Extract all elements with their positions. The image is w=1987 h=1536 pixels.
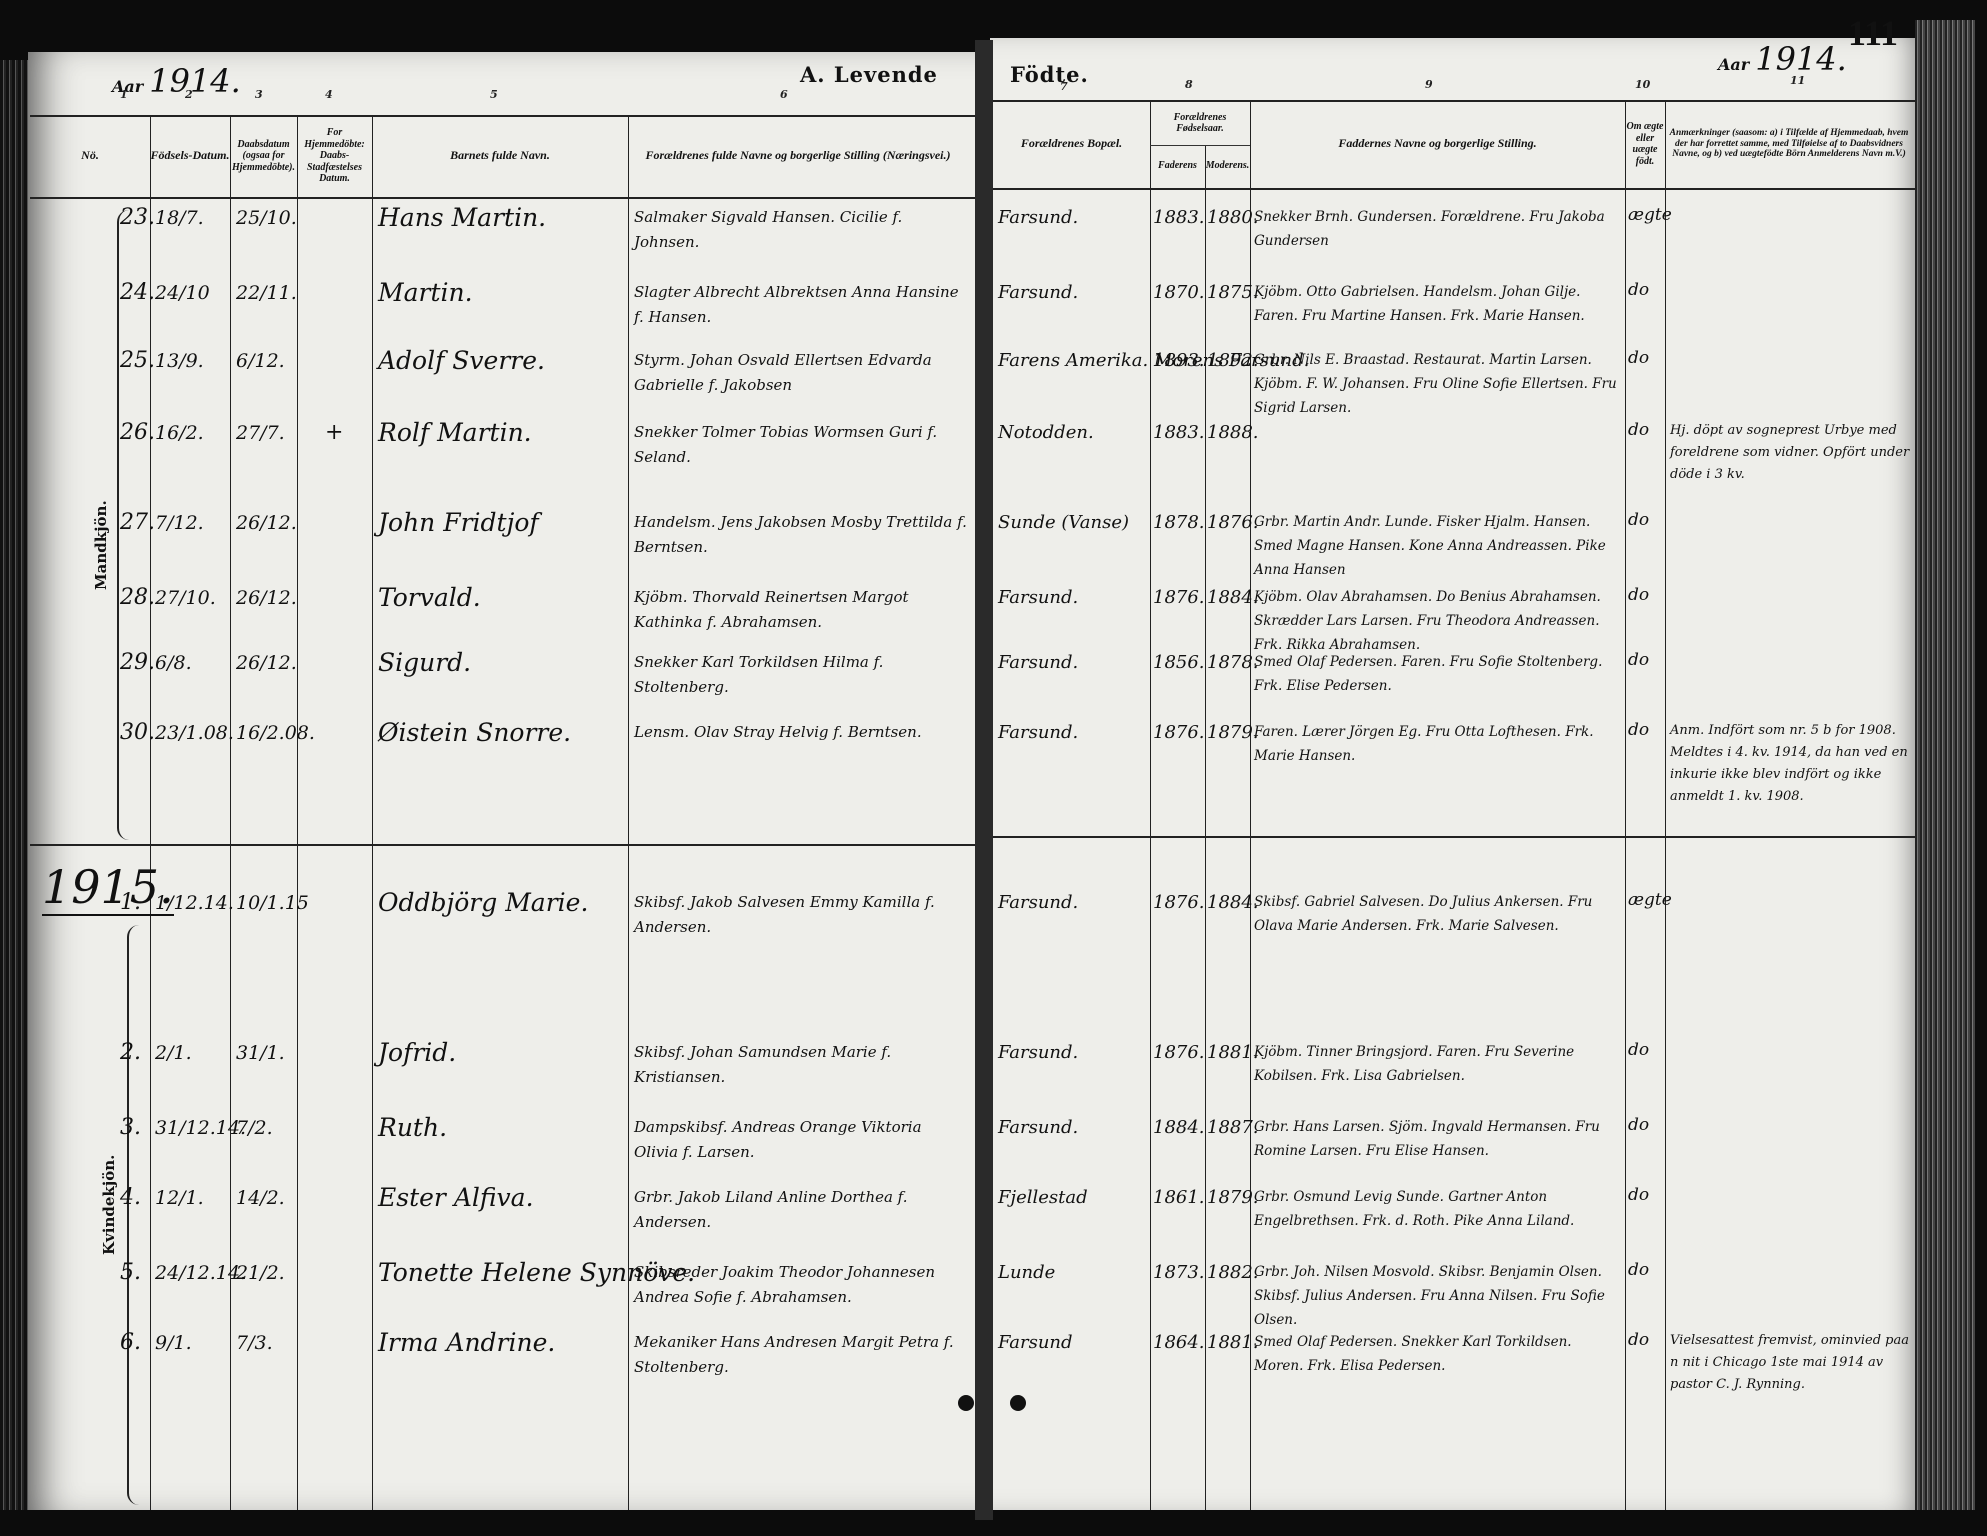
legitimacy: do	[1628, 1185, 1649, 1205]
father-birth-year: 1884.	[1153, 1117, 1205, 1138]
parents-residence: Farsund.	[998, 282, 1148, 303]
parents-residence: Sunde (Vanse)	[998, 512, 1148, 533]
parents-names: Snekker Tolmer Tobias Wormsen Guri f. Se…	[634, 420, 969, 470]
godparents: Grbr. Nils E. Braastad. Restaurat. Marti…	[1254, 348, 1622, 420]
birth-date: 24/12.14.	[155, 1262, 246, 1284]
baptism-date: 25/10.	[236, 207, 297, 229]
legitimacy: do	[1628, 1040, 1649, 1060]
book-page-edges	[1915, 20, 1975, 1510]
birth-date: 7/12.	[155, 512, 204, 534]
father-birth-year: 1883.	[1153, 207, 1205, 228]
col-header-mother: Moderens.	[1205, 146, 1250, 186]
mother-birth-year: 1887.	[1207, 1117, 1259, 1138]
child-name: Adolf Sverre.	[378, 346, 545, 375]
parents-residence: Farsund.	[998, 1117, 1148, 1138]
legitimacy: do	[1628, 650, 1649, 670]
baptism-date: 16/2.08.	[236, 722, 315, 744]
parents-residence: Farsund.	[998, 1042, 1148, 1063]
right-year-header: Aar1914.	[1718, 40, 1847, 78]
parents-names: Grbr. Jakob Liland Anline Dorthea f. And…	[634, 1185, 969, 1235]
legitimacy: ægte	[1628, 890, 1672, 910]
parents-names: Skibsreder Joakim Theodor Johannesen And…	[634, 1260, 969, 1310]
baptism-date: 14/2.	[236, 1187, 285, 1209]
mother-birth-year: 1876.	[1207, 512, 1259, 533]
baptism-date: 27/7.	[236, 422, 285, 444]
baptism-date: 26/12.	[236, 512, 297, 534]
mother-birth-year: 1882.	[1207, 1262, 1259, 1283]
birth-date: 31/12.14.	[155, 1117, 246, 1139]
father-birth-year: 1878.	[1153, 512, 1205, 533]
col-header-father: Faderens	[1150, 146, 1205, 186]
col-header-legitimate: Om ægte eller uægte födt.	[1625, 102, 1665, 186]
mother-birth-year: 1878.	[1207, 652, 1259, 673]
father-birth-year: 1876.	[1153, 587, 1205, 608]
column-number: 10	[1635, 78, 1650, 91]
col-header-home-baptized: For Hjemmedöbte: Daabs-Stadfæstelses Dat…	[297, 118, 372, 194]
child-name: John Fridtjof	[378, 508, 539, 537]
birth-date: 18/7.	[155, 207, 204, 229]
birth-date: 27/10.	[155, 587, 216, 609]
legitimacy: ægte	[1628, 205, 1672, 225]
father-birth-year: 1856.	[1153, 652, 1205, 673]
father-birth-year: 1883.	[1153, 422, 1205, 443]
father-birth-year: 1876.	[1153, 722, 1205, 743]
column-number: 5	[490, 88, 498, 101]
parents-names: Skibsf. Jakob Salvesen Emmy Kamilla f. A…	[634, 890, 969, 940]
entry-number: 30.	[120, 720, 155, 745]
child-name: Jofrid.	[378, 1038, 456, 1067]
parents-names: Mekaniker Hans Andresen Margit Petra f. …	[634, 1330, 969, 1380]
father-birth-year: 1864.	[1153, 1332, 1205, 1353]
col-header-remarks: Anmærkninger (saasom: a) i Tilfælde af H…	[1665, 102, 1913, 186]
col-header-parents: Forældrenes fulde Navne og borgerlige St…	[628, 118, 968, 194]
child-name: Sigurd.	[378, 648, 471, 677]
godparents: Grbr. Hans Larsen. Sjöm. Ingvald Hermans…	[1254, 1115, 1622, 1163]
child-name: Hans Martin.	[378, 203, 546, 232]
mother-birth-year: 1881.	[1207, 1332, 1259, 1353]
parents-residence: Farsund	[998, 1332, 1148, 1353]
godparents: Kjöbm. Tinner Bringsjord. Faren. Fru Sev…	[1254, 1040, 1622, 1088]
parents-names: Lensm. Olav Stray Helvig f. Berntsen.	[634, 720, 969, 745]
legitimacy: do	[1628, 280, 1649, 300]
parents-residence: Farsund.	[998, 207, 1148, 228]
child-name: Rolf Martin.	[378, 418, 532, 447]
section-male: Mandkjön.	[92, 500, 110, 590]
child-name: Ester Alfiva.	[378, 1183, 534, 1212]
remarks: Hj. döpt av sogneprest Urbye med foreldr…	[1670, 420, 1910, 486]
page-number: 111	[1848, 12, 1898, 54]
title-left: A. Levende	[800, 62, 938, 87]
godparents: Grbr. Joh. Nilsen Mosvold. Skibsr. Benja…	[1254, 1260, 1622, 1332]
entry-number: 27.	[120, 510, 155, 535]
entry-number: 4.	[120, 1185, 141, 1210]
godparents: Smed Olaf Pedersen. Faren. Fru Sofie Sto…	[1254, 650, 1622, 698]
entry-number: 24.	[120, 280, 155, 305]
baptism-date: 7/3.	[236, 1332, 273, 1354]
column-number: 1	[120, 88, 128, 101]
child-name: Øistein Snorre.	[378, 718, 571, 747]
column-number: 2	[185, 88, 193, 101]
entry-number: 3.	[120, 1115, 141, 1140]
birth-date: 16/2.	[155, 422, 204, 444]
father-birth-year: 1893.	[1153, 350, 1205, 371]
parents-names: Skibsf. Johan Samundsen Marie f. Kristia…	[634, 1040, 969, 1090]
parents-names: Kjöbm. Thorvald Reinertsen Margot Kathin…	[634, 585, 969, 635]
birth-date: 2/1.	[155, 1042, 192, 1064]
home-baptized-mark: +	[325, 420, 343, 445]
father-birth-year: 1876.	[1153, 1042, 1205, 1063]
column-number: 7	[1060, 80, 1068, 93]
entry-number: 25.	[120, 348, 155, 373]
entry-number: 23.	[120, 205, 155, 230]
parents-residence: Lunde	[998, 1262, 1148, 1283]
birth-date: 13/9.	[155, 350, 204, 372]
birth-date: 1/12.14.	[155, 892, 234, 914]
entry-number: 28.	[120, 585, 155, 610]
section-female: Kvindekjön.	[100, 1155, 118, 1255]
godparents: Grbr. Martin Andr. Lunde. Fisker Hjalm. …	[1254, 510, 1622, 582]
child-name: Torvald.	[378, 583, 481, 612]
legitimacy: do	[1628, 585, 1649, 605]
legitimacy: do	[1628, 348, 1649, 368]
godparents: Faren. Lærer Jörgen Eg. Fru Otta Lofthes…	[1254, 720, 1622, 768]
legitimacy: do	[1628, 1260, 1649, 1280]
child-name: Irma Andrine.	[378, 1328, 555, 1357]
legitimacy: do	[1628, 1330, 1649, 1350]
remarks: Vielsesattest fremvist, ominvied paa n n…	[1670, 1330, 1910, 1396]
col-header-birth-date: Födsels-Datum.	[150, 118, 230, 194]
col-header-no: Nö.	[30, 118, 150, 194]
parents-names: Salmaker Sigvald Hansen. Cicilie f. John…	[634, 205, 969, 255]
father-birth-year: 1861.	[1153, 1187, 1205, 1208]
parents-names: Snekker Karl Torkildsen Hilma f. Stolten…	[634, 650, 969, 700]
column-number: 8	[1185, 78, 1193, 91]
entry-number: 6.	[120, 1330, 141, 1355]
column-number: 3	[255, 88, 263, 101]
baptism-date: 6/12.	[236, 350, 285, 372]
godparents: Kjöbm. Olav Abrahamsen. Do Benius Abraha…	[1254, 585, 1622, 657]
book-gutter	[975, 40, 993, 1520]
father-birth-year: 1873.	[1153, 1262, 1205, 1283]
child-name: Ruth.	[378, 1113, 447, 1142]
parents-residence: Farens Amerika. Morens Farsund.	[998, 350, 1148, 371]
column-number: 9	[1425, 78, 1433, 91]
birth-date: 6/8.	[155, 652, 192, 674]
remarks: Anm. Indfört som nr. 5 b for 1908. Meldt…	[1670, 720, 1910, 808]
baptism-date: 22/11.	[236, 282, 297, 304]
parents-names: Styrm. Johan Osvald Ellertsen Edvarda Ga…	[634, 348, 969, 398]
mother-birth-year: 1880.	[1207, 207, 1259, 228]
parents-residence: Farsund.	[998, 652, 1148, 673]
legitimacy: do	[1628, 510, 1649, 530]
mother-birth-year: 1875.	[1207, 282, 1259, 303]
parents-residence: Fjellestad	[998, 1187, 1148, 1208]
mother-birth-year: 1879.	[1207, 722, 1259, 743]
parents-residence: Farsund.	[998, 722, 1148, 743]
ink-blot	[958, 1395, 974, 1411]
year-1915-marker: 1915.	[42, 860, 174, 916]
col-header-residence: Forældrenes Bopæl.	[993, 102, 1150, 186]
col-header-parents-birth-year: Forældrenes Fødselsaar.	[1150, 102, 1250, 144]
title-right: Födte.	[1010, 62, 1089, 87]
column-number: 4	[325, 88, 333, 101]
baptism-date: 10/1.15	[236, 892, 309, 914]
child-name: Martin.	[378, 278, 473, 307]
col-header-godparents: Faddernes Navne og borgerlige Stilling.	[1250, 102, 1625, 186]
entry-number: 1.	[120, 890, 141, 915]
entry-number: 29.	[120, 650, 155, 675]
birth-date: 12/1.	[155, 1187, 204, 1209]
mother-birth-year: 1879.	[1207, 1187, 1259, 1208]
father-birth-year: 1870.	[1153, 282, 1205, 303]
parents-residence: Notodden.	[998, 422, 1148, 443]
baptism-date: 31/1.	[236, 1042, 285, 1064]
entry-number: 26.	[120, 420, 155, 445]
parents-names: Handelsm. Jens Jakobsen Mosby Trettilda …	[634, 510, 969, 560]
birth-date: 24/10	[155, 282, 210, 304]
legitimacy: do	[1628, 1115, 1649, 1135]
father-birth-year: 1876.	[1153, 892, 1205, 913]
legitimacy: do	[1628, 420, 1649, 440]
ink-blot	[1010, 1395, 1026, 1411]
column-number: 11	[1790, 74, 1805, 87]
godparents: Grbr. Osmund Levig Sunde. Gartner Anton …	[1254, 1185, 1622, 1233]
birth-date: 9/1.	[155, 1332, 192, 1354]
entry-number: 5.	[120, 1260, 141, 1285]
mother-birth-year: 1888.	[1207, 422, 1259, 443]
birth-date: 23/1.08.	[155, 722, 234, 744]
col-header-baptism-date: Daabsdatum (ogsaa for Hjemmedöbte).	[230, 118, 297, 194]
parents-residence: Farsund.	[998, 892, 1148, 913]
parents-names: Dampskibsf. Andreas Orange Viktoria Oliv…	[634, 1115, 969, 1165]
godparents: Skibsf. Gabriel Salvesen. Do Julius Anke…	[1254, 890, 1622, 938]
baptism-date: 26/12.	[236, 587, 297, 609]
baptism-date: 21/2.	[236, 1262, 285, 1284]
parents-names: Slagter Albrecht Albrektsen Anna Hansine…	[634, 280, 969, 330]
column-number: 6	[780, 88, 788, 101]
mother-birth-year: 1884.	[1207, 892, 1259, 913]
godparents: Snekker Brnh. Gundersen. Forældrene. Fru…	[1254, 205, 1622, 253]
mother-birth-year: 1884.	[1207, 587, 1259, 608]
entry-number: 2.	[120, 1040, 141, 1065]
female-brace	[127, 925, 139, 1505]
left-year-header: Aar1914.	[112, 62, 241, 100]
col-header-child-name: Barnets fulde Navn.	[372, 118, 628, 194]
baptism-date: 26/12.	[236, 652, 297, 674]
mother-birth-year: 1881.	[1207, 1042, 1259, 1063]
child-name: Oddbjörg Marie.	[378, 888, 588, 917]
parents-residence: Farsund.	[998, 587, 1148, 608]
mother-birth-year: 1892.	[1207, 350, 1259, 371]
godparents: Kjöbm. Otto Gabrielsen. Handelsm. Johan …	[1254, 280, 1622, 328]
legitimacy: do	[1628, 720, 1649, 740]
baptism-date: 7/2.	[236, 1117, 273, 1139]
godparents: Smed Olaf Pedersen. Snekker Karl Torkild…	[1254, 1330, 1622, 1378]
